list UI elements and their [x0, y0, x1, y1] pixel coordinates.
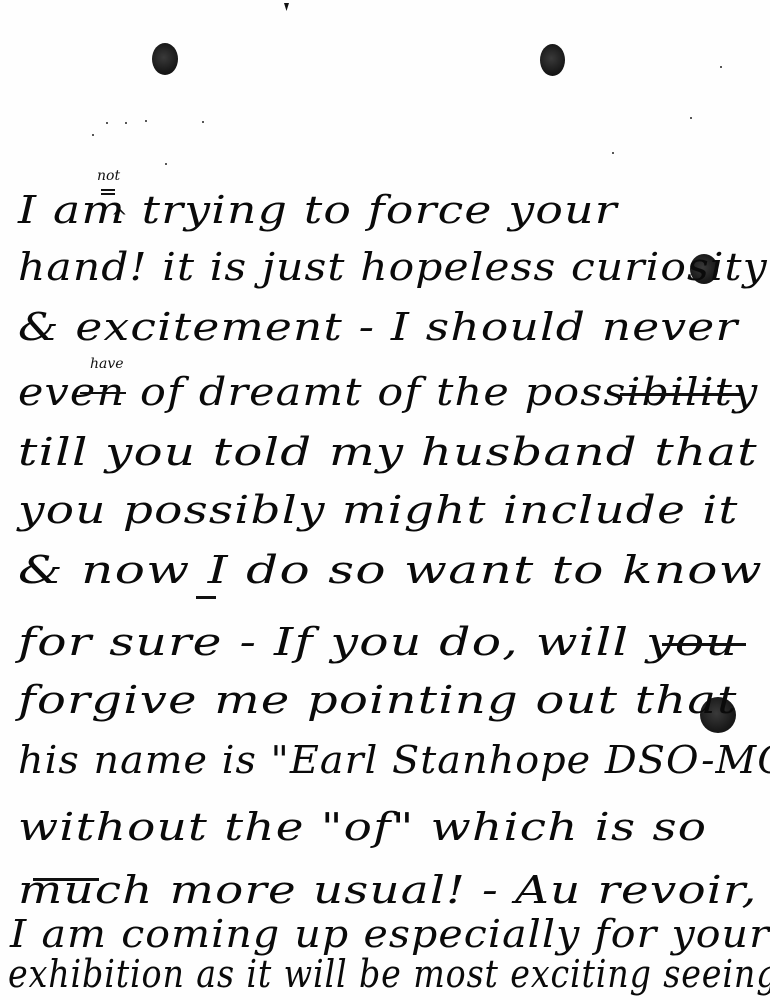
punch-hole: [152, 43, 178, 75]
scan-speck: [145, 120, 147, 122]
scan-speck: [202, 121, 204, 123]
scan-speck: [106, 122, 108, 124]
insertion-not: not: [97, 168, 120, 184]
letter-line-11: without the "of" which is so: [18, 805, 707, 849]
punch-hole: [540, 44, 565, 76]
strikethrough-of: [80, 392, 126, 394]
scan-speck: [720, 66, 722, 68]
letter-line-12: much more usual! - Au revoir,: [18, 868, 758, 912]
scan-speck: [125, 122, 127, 124]
letter-line-7: & now I do so want to know: [18, 548, 763, 592]
letter-page: not ^ I am trying to force your hand! it…: [0, 0, 770, 1000]
scan-mark: [284, 3, 289, 11]
letter-line-14: exhibition as it will be most exciting s…: [8, 952, 770, 996]
underline-you: [662, 643, 746, 646]
letter-line-5: till you told my husband that: [18, 430, 758, 474]
scan-speck: [690, 117, 692, 119]
letter-line-3: & excitement - I should never: [18, 305, 738, 349]
letter-line-9: forgive me pointing out that: [18, 678, 738, 722]
letter-line-6: you possibly might include it: [18, 488, 739, 532]
scan-speck: [92, 134, 94, 136]
letter-line-10: his name is "Earl Stanhope DSO-MC: [18, 738, 770, 782]
underline-do: [196, 596, 216, 599]
letter-line-13: I am coming up especially for your: [10, 912, 770, 956]
underline-that: [620, 393, 740, 396]
letter-line-8: for sure - If you do, will you: [18, 620, 738, 664]
letter-line-2: hand! it is just hopeless curiosity: [18, 245, 768, 289]
letter-line-1: I am trying to force your: [18, 188, 618, 232]
scan-speck: [165, 163, 167, 165]
scan-speck: [612, 152, 614, 154]
letter-line-4: even of dreamt of the possibility: [18, 370, 758, 414]
